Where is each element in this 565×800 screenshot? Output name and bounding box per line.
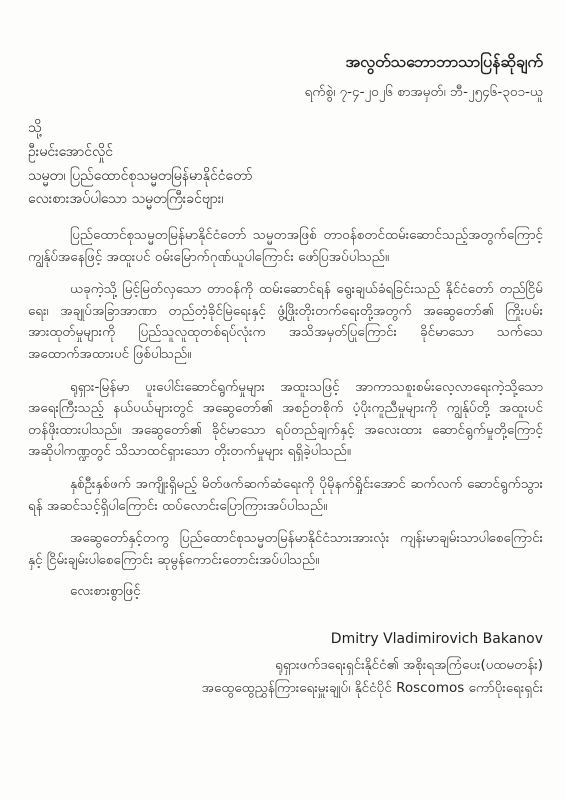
closing-phrase: လေးစားစွာဖြင့် — [28, 582, 543, 602]
recipient-block: သို့ ဦးမင်းအောင်လှိုင် သမ္မတ၊ ပြည်ထောင်စ… — [28, 118, 543, 211]
signature-block: Dmitry Vladimirovich Bakanov ရုရှားဖက်ဒရ… — [28, 628, 543, 700]
document-title: အလွတ်သဘောဘာသာပြန်ဆိုချက် — [28, 50, 543, 74]
date-and-reference-line: ရက်စွဲ၊ ၇-၄-၂၀၂၆ စာအမှတ်၊ ဘီ-၂၅၄၆-၃၀၁-ယူ — [28, 82, 543, 102]
body-paragraph-2: ယခုကဲ့သို့ မြင့်မြတ်လှသော တာဝန်ကို ထမ်းဆ… — [28, 279, 543, 365]
signer-title-line-2: အထွေထွေညွှန်ကြားရေးမှူးချုပ်၊ နိုင်ငံပို… — [28, 677, 543, 700]
body-paragraph-3: ရုရှား-မြန်မာ ပူးပေါင်းဆောင်ရွက်မှုများ … — [28, 377, 543, 463]
recipient-to-label: သို့ — [28, 118, 543, 140]
body-paragraph-4: နှစ်ဦးနှစ်ဖက် အကျိုးရှိမည့် မိတ်ဖက်ဆက်ဆံ… — [28, 474, 543, 517]
signer-title-line-1: ရုရှားဖက်ဒရေးရှင်းနိုင်ငံ၏ အစိုးရအကြံပေး… — [28, 654, 543, 677]
signer-name: Dmitry Vladimirovich Bakanov — [28, 628, 543, 652]
body-paragraph-1: ပြည်ထောင်စုသမ္မတမြန်မာနိုင်ငံတော် သမ္မတအ… — [28, 225, 543, 268]
recipient-name: ဦးမင်းအောင်လှိုင် — [28, 142, 543, 164]
letter-page: အလွတ်သဘောဘာသာပြန်ဆိုချက် ရက်စွဲ၊ ၇-၄-၂၀၂… — [0, 0, 565, 800]
letter-body: ပြည်ထောင်စုသမ္မတမြန်မာနိုင်ငံတော် သမ္မတအ… — [28, 225, 543, 571]
salutation: လေးစားအပ်ပါသော သမ္မတကြီးခင်ဗျား၊ — [28, 189, 543, 211]
body-paragraph-5: အဆွေတော်နှင့်တကွ ပြည်ထောင်စုသမ္မတမြန်မာန… — [28, 528, 543, 571]
recipient-position: သမ္မတ၊ ပြည်ထောင်စုသမ္မတမြန်မာနိုင်ငံတော် — [28, 166, 543, 188]
